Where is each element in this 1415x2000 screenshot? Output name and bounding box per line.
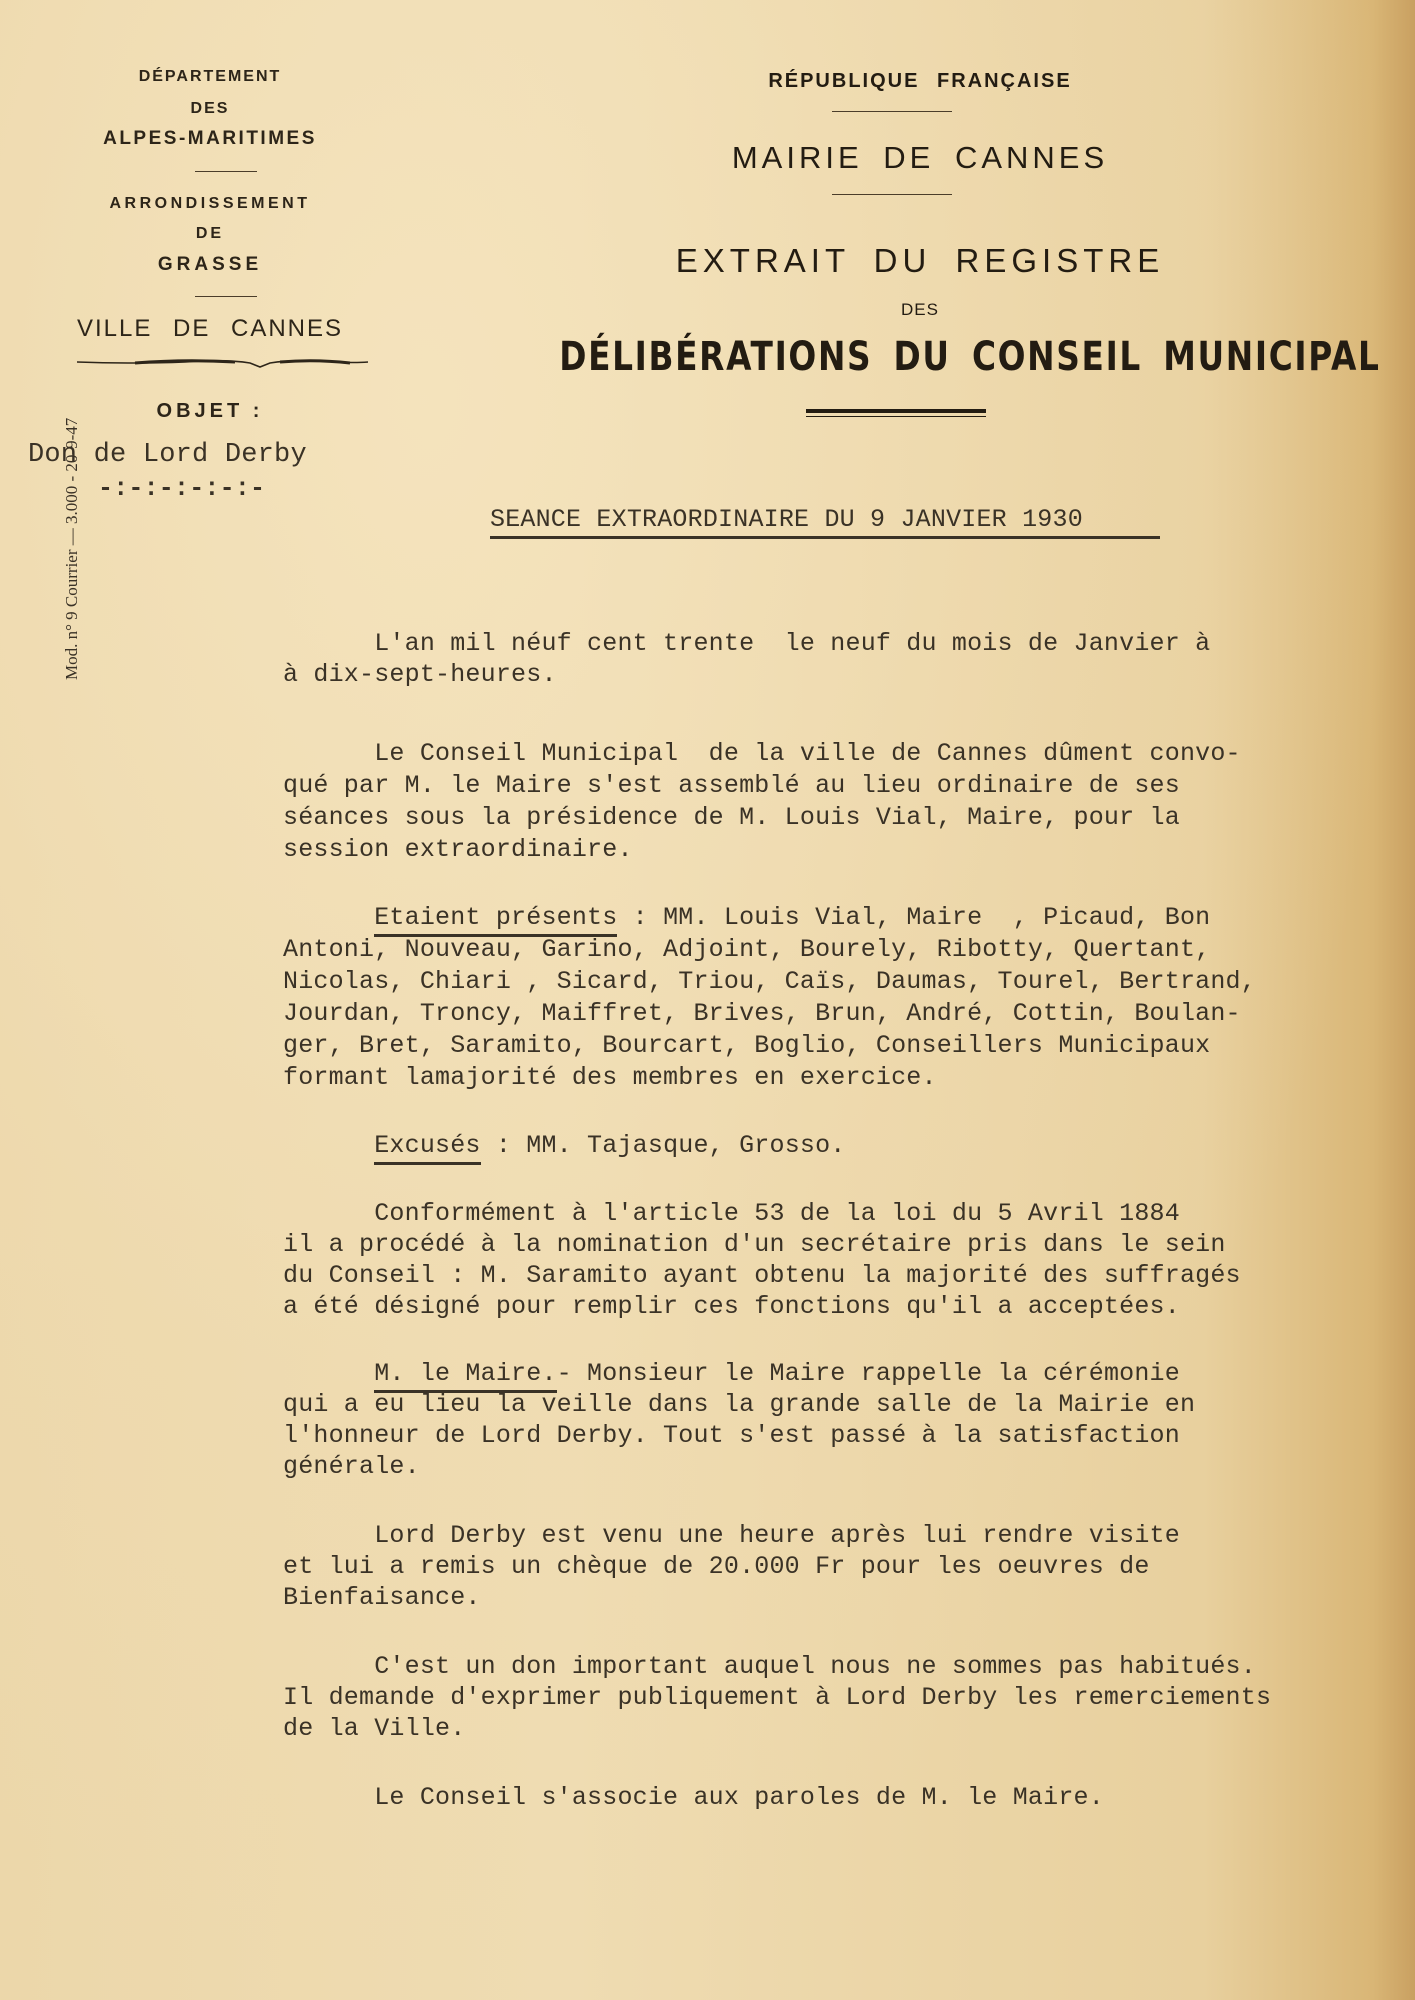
de-label: DE bbox=[40, 225, 380, 243]
extrait-du-registre: EXTRAIT DU REGISTRE bbox=[480, 242, 1360, 280]
text-line: Nicolas, Chiari , Sicard, Triou, Caïs, D… bbox=[283, 966, 1271, 998]
grasse-label: GRASSE bbox=[40, 254, 380, 276]
paragraph-donation: Lord Derby est venu une heure après lui … bbox=[283, 1520, 1271, 1613]
ville-de-cannes-label: VILLE DE CANNES bbox=[40, 315, 380, 343]
text-line: Conformément à l'article 53 de la loi du… bbox=[283, 1198, 1271, 1229]
text-line: a été désigné pour remplir ces fonctions… bbox=[283, 1291, 1271, 1322]
text-line: à dix-sept-heures. bbox=[283, 659, 1271, 690]
objet-label: OBJET : bbox=[40, 400, 380, 423]
session-title-underline bbox=[490, 536, 1160, 539]
des-label: DES bbox=[480, 300, 1360, 320]
text-line: C'est un don important auquel nous ne so… bbox=[283, 1651, 1271, 1682]
divider bbox=[832, 194, 952, 195]
title-underline bbox=[806, 409, 986, 413]
excused-label: Excusés bbox=[374, 1131, 480, 1165]
session-title: SEANCE EXTRAORDINAIRE DU 9 JANVIER 1930 bbox=[490, 505, 1083, 534]
text-line: qué par M. le Maire s'est assemblé au li… bbox=[283, 770, 1271, 802]
paragraph-opening: L'an mil néuf cent trente le neuf du moi… bbox=[283, 628, 1271, 690]
text-line: de la Ville. bbox=[283, 1713, 1271, 1744]
arrondissement-label: ARRONDISSEMENT bbox=[40, 195, 380, 213]
present-label: Etaient présents bbox=[374, 903, 617, 937]
text-line: Il demande d'exprimer publiquement à Lor… bbox=[283, 1682, 1271, 1713]
text-line: l'honneur de Lord Derby. Tout s'est pass… bbox=[283, 1420, 1271, 1451]
paragraph-council-agrees: Le Conseil s'associe aux paroles de M. l… bbox=[283, 1782, 1271, 1813]
divider bbox=[195, 296, 257, 297]
text-line: Bienfaisance. bbox=[283, 1582, 1271, 1613]
text-line: du Conseil : M. Saramito ayant obtenu la… bbox=[283, 1260, 1271, 1291]
text-line: M. le Maire.- Monsieur le Maire rappelle… bbox=[283, 1358, 1271, 1389]
text-line: Lord Derby est venu une heure après lui … bbox=[283, 1520, 1271, 1551]
text-line: il a procédé à la nomination d'un secrét… bbox=[283, 1229, 1271, 1260]
republique-francaise: RÉPUBLIQUE FRANÇAISE bbox=[480, 70, 1360, 93]
form-reference-note: Mod. n° 9 Courrier — 3.000 - 20-9-47 bbox=[62, 418, 82, 680]
text-line: séances sous la présidence de M. Louis V… bbox=[283, 802, 1271, 834]
text-line: ger, Bret, Saramito, Bourcart, Boglio, C… bbox=[283, 1030, 1271, 1062]
mayor-label: M. le Maire. bbox=[374, 1359, 556, 1393]
text-line: formant lamajorité des membres en exerci… bbox=[283, 1062, 1271, 1094]
ornamental-swash bbox=[75, 354, 370, 370]
paragraph-convocation: Le Conseil Municipal de la ville de Cann… bbox=[283, 738, 1271, 866]
text-line: et lui a remis un chèque de 20.000 Fr po… bbox=[283, 1551, 1271, 1582]
text-line: L'an mil néuf cent trente le neuf du moi… bbox=[283, 628, 1271, 659]
departement-label: DÉPARTEMENT bbox=[40, 68, 380, 86]
title-underline-thin bbox=[806, 416, 986, 417]
alpes-maritimes-label: ALPES-MARITIMES bbox=[40, 128, 380, 150]
text-line: Jourdan, Troncy, Maiffret, Brives, Brun,… bbox=[283, 998, 1271, 1030]
document-title: DÉLIBÉRATIONS DU CONSEIL MUNICIPAL bbox=[559, 334, 1281, 380]
text-line: Le Conseil Municipal de la ville de Cann… bbox=[283, 738, 1271, 770]
mairie-de-cannes: MAIRIE DE CANNES bbox=[480, 140, 1360, 176]
divider bbox=[195, 171, 257, 172]
paragraph-mayor-ceremony: M. le Maire.- Monsieur le Maire rappelle… bbox=[283, 1358, 1271, 1482]
paragraph-thanks: C'est un don important auquel nous ne so… bbox=[283, 1651, 1271, 1744]
paragraph-attendees: Etaient présents : MM. Louis Vial, Maire… bbox=[283, 902, 1271, 1094]
paragraph-secretary: Conformément à l'article 53 de la loi du… bbox=[283, 1198, 1271, 1322]
text-line: qui a eu lieu la veille dans la grande s… bbox=[283, 1389, 1271, 1420]
body-text: L'an mil néuf cent trente le neuf du moi… bbox=[283, 628, 1271, 1813]
text-line: générale. bbox=[283, 1451, 1271, 1482]
objet-ornament: -:-:-:-:-:- bbox=[98, 474, 265, 503]
text-line: Etaient présents : MM. Louis Vial, Maire… bbox=[283, 902, 1271, 934]
text-line: Antoni, Nouveau, Garino, Adjoint, Bourel… bbox=[283, 934, 1271, 966]
paragraph-excused: Excusés : MM. Tajasque, Grosso. bbox=[283, 1130, 1271, 1162]
des-label: DES bbox=[40, 100, 380, 118]
divider bbox=[832, 111, 952, 112]
text-line: session extraordinaire. bbox=[283, 834, 1271, 866]
